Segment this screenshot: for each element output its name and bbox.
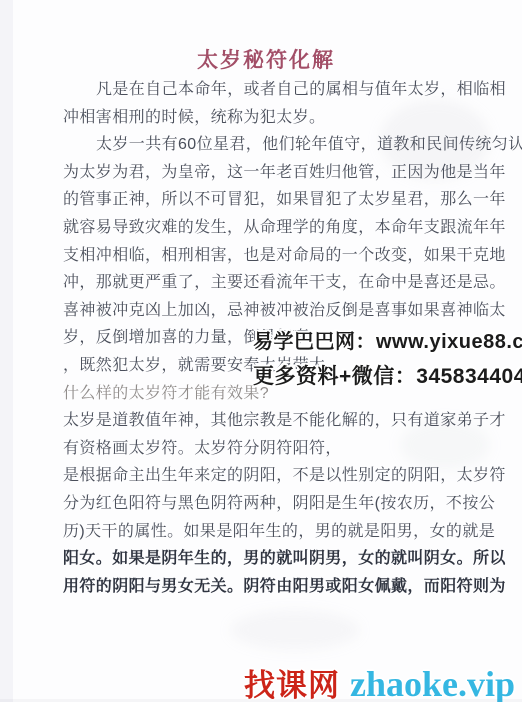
text-line: 的管事正神，所以不可冒犯，如果冒犯了太岁星君，那么一年 xyxy=(63,186,465,214)
scan-smudge xyxy=(230,610,360,650)
text-line: 太岁一共有60位星君，他们轮年值守，道教和民间传统匀认 xyxy=(63,131,465,159)
watermark-wechat-line: 更多资料+微信：3458344044 xyxy=(253,360,522,390)
page-edge-shadow xyxy=(0,0,13,702)
text-line: 分为红色阳符与黑色阴符两种，阴阳是生年(按农历，不按公 xyxy=(63,490,465,518)
center-watermark: 易学巴巴网：www.yixue88.cn 更多资料+微信：3458344044 xyxy=(253,325,522,390)
watermark-site-cn: 找课网 xyxy=(244,660,340,702)
text-line: 阳女。如果是阴年生的，男的就叫阴男，女的就叫阴女。所以 xyxy=(63,545,465,573)
text-line: 凡是在自己本命年，或者自己的属相与值年太岁，相临相 xyxy=(63,76,465,104)
text-line: 历)天干的属性。如果是阳年生的，男的就是阳男，女的就是 xyxy=(63,518,465,546)
text-line: 支相冲相临，相刑相害，也是对命局的一个改变，如果干克地 xyxy=(63,242,465,270)
text-line: 有资格画太岁符。太岁符分阴符阳符， xyxy=(63,435,465,463)
text-line: 冲，那就更严重了，主要还看流年干支，在命中是喜还是忌。 xyxy=(63,269,465,297)
page-title: 太岁秘符化解 xyxy=(10,44,522,74)
document-page: { "document": { "title": "太岁秘符化解", "line… xyxy=(0,0,522,702)
text-line: 喜神被冲克凶上加凶，忌神被冲被治反倒是喜事如果喜神临太 xyxy=(63,297,465,325)
text-line: 为太岁为君，为皇帝，这一年老百姓归他管，正因为他是当年 xyxy=(63,159,465,187)
text-line: 用符的阴阳与男女无关。阴符由阳男或阳女佩戴，而阳符则为 xyxy=(63,573,465,601)
text-line: 太岁是道教值年神，其他宗教是不能化解的，只有道家弟子才 xyxy=(63,407,465,435)
watermark-site-line: 易学巴巴网：www.yixue88.cn xyxy=(253,325,522,354)
bottom-watermark: 找课网 zhaoke.vip xyxy=(244,660,515,702)
text-line: 冲相害相刑的时候，统称为犯太岁。 xyxy=(63,104,465,132)
text-line: 是根据命主出生年来定的阴阳，不是以性别定的阴阳，太岁符 xyxy=(63,462,465,490)
text-line: 就容易导致灾难的发生，从命理学的角度，本命年支跟流年年 xyxy=(63,214,465,242)
watermark-site-domain: zhaoke.vip xyxy=(350,663,515,702)
